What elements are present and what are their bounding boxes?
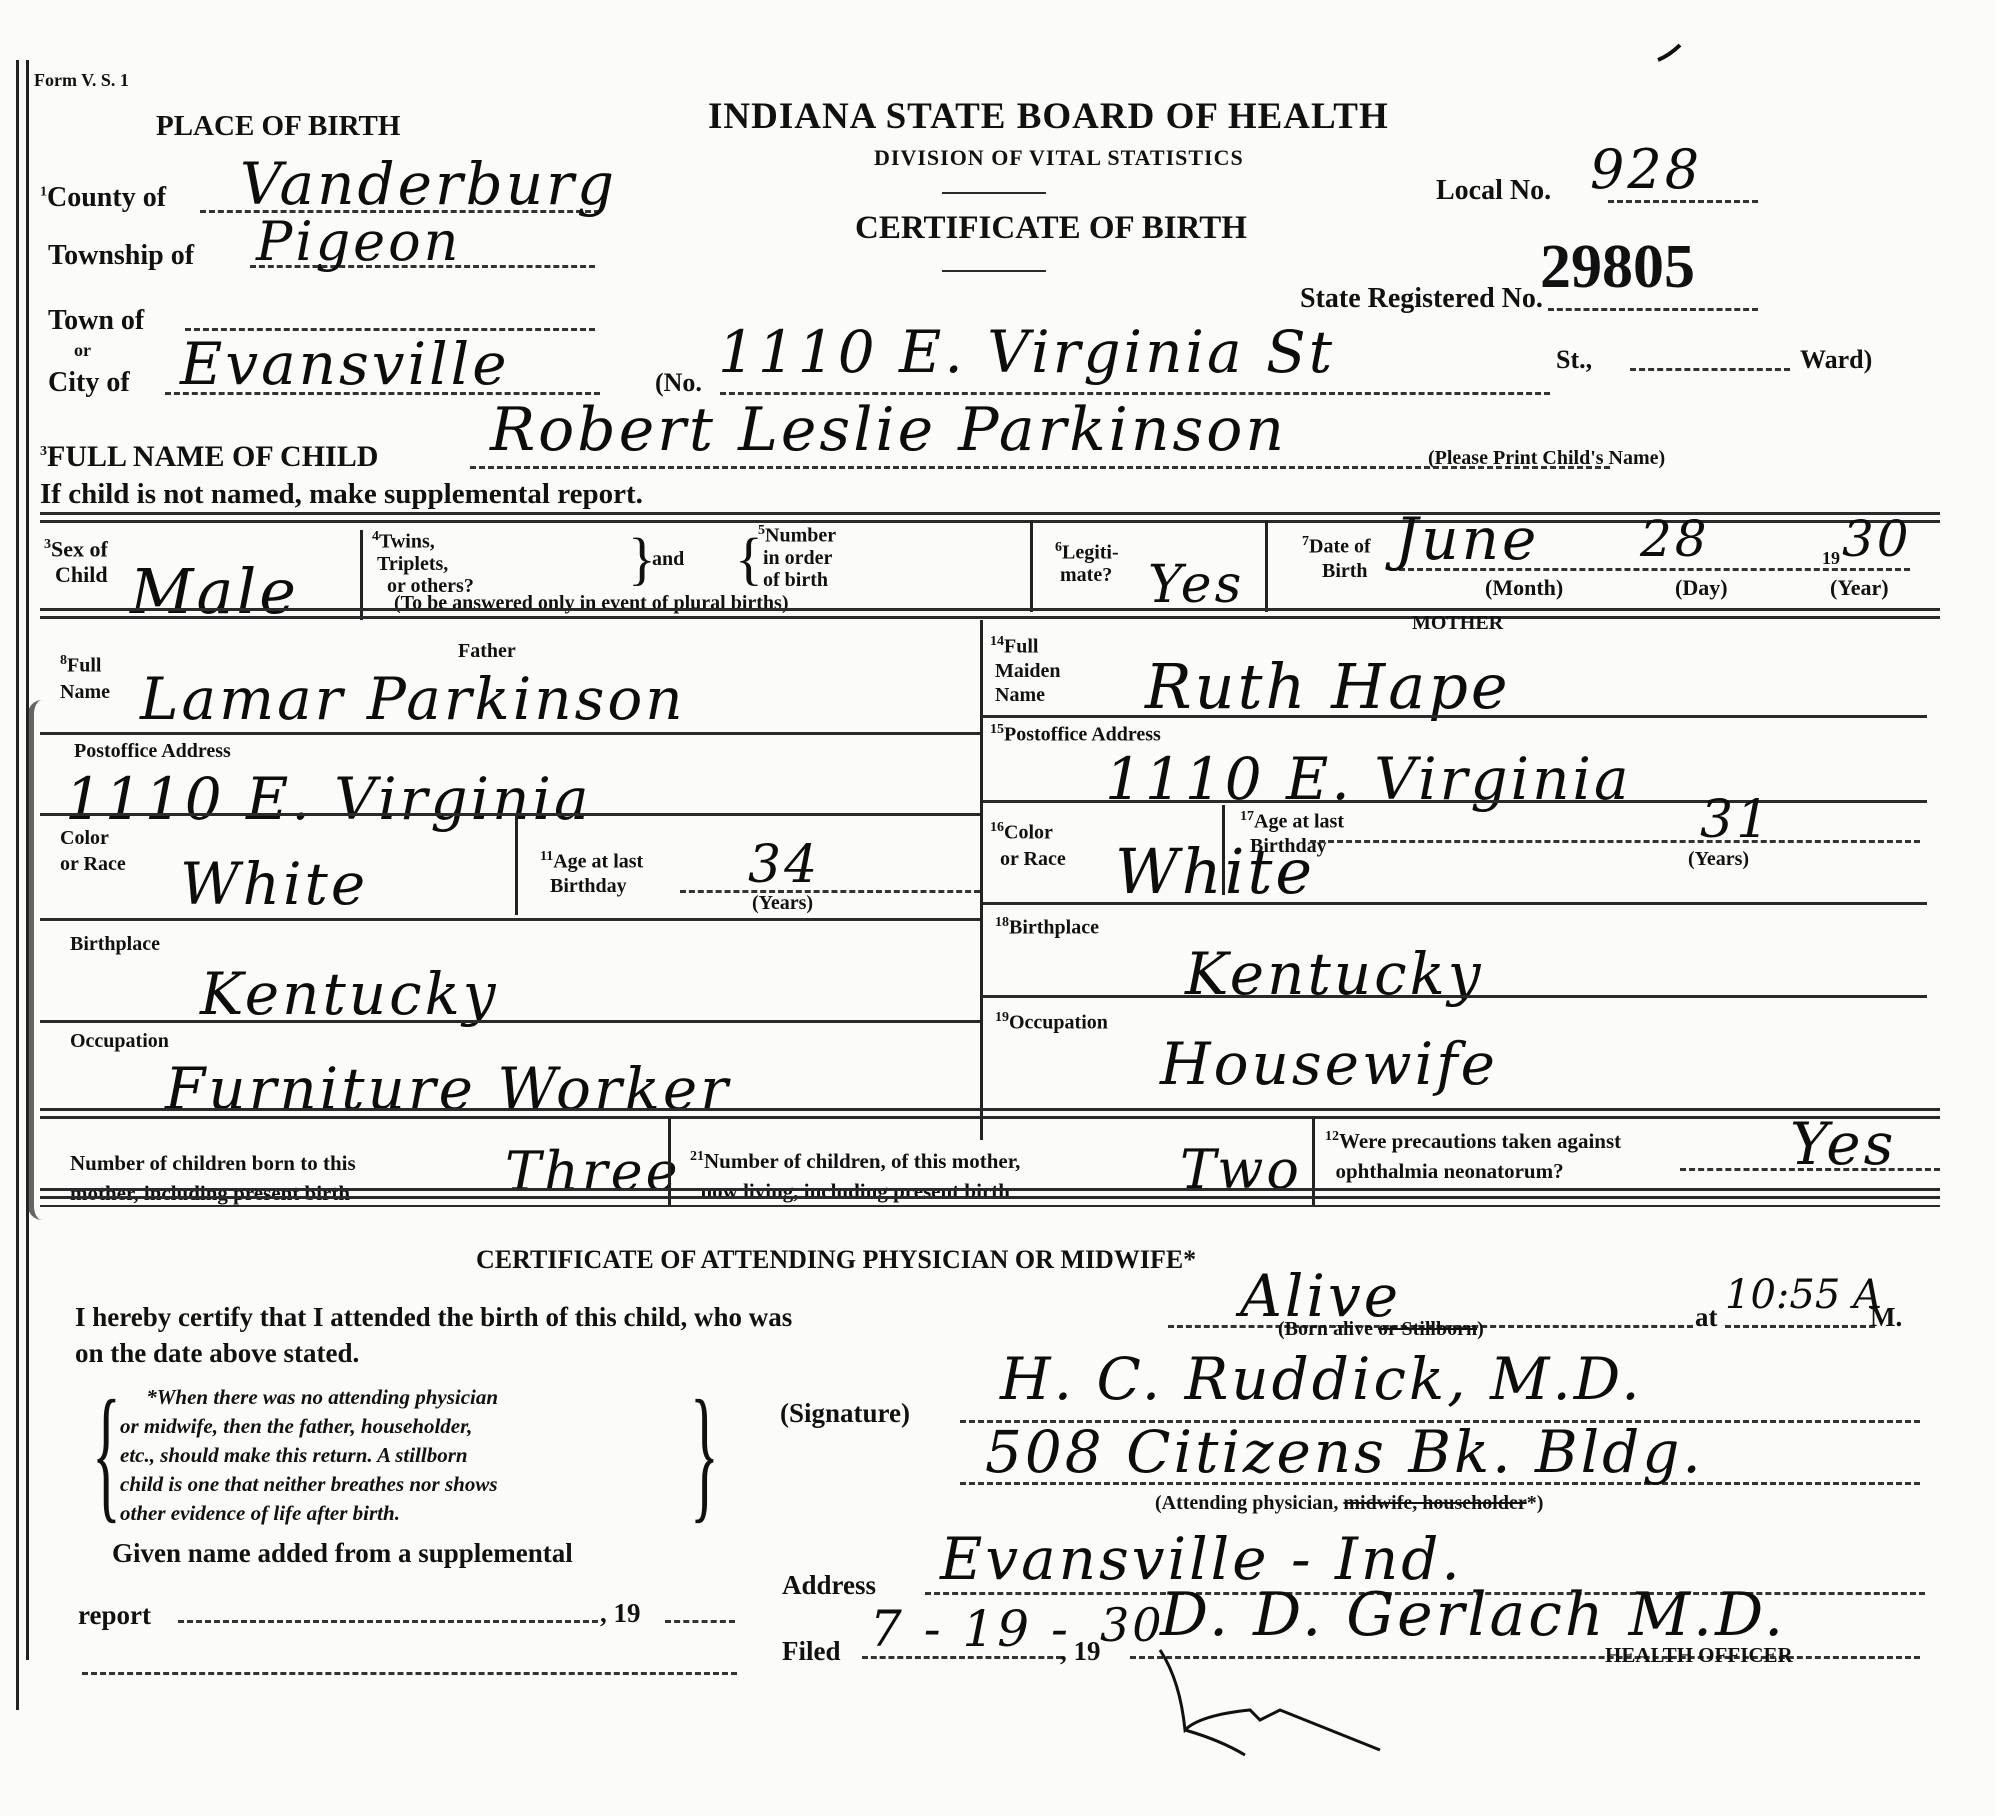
address-label: Address — [782, 1570, 876, 1601]
street-no-label: (No. — [655, 368, 702, 398]
st-label: St., — [1556, 345, 1592, 375]
certify-line-1: I hereby certify that I attended the bir… — [75, 1302, 792, 1333]
row-line — [982, 715, 1927, 718]
dob-month-value: June — [1395, 505, 1539, 573]
brace-icon: { — [92, 1378, 121, 1528]
division-title: DIVISION OF VITAL STATISTICS — [874, 145, 1244, 171]
mother-name-value: Ruth Hape — [1145, 650, 1511, 723]
ophthalmia-label: 12Were precautions taken against ophthal… — [1325, 1122, 1621, 1186]
report-year-prefix: , 19 — [600, 1598, 641, 1629]
mother-age-label: 17Age at last Birthday — [1240, 805, 1344, 858]
row-line — [40, 813, 980, 816]
county-value: Vanderburg — [240, 150, 617, 218]
margin-stamp — [28, 700, 64, 1220]
twins-label: 4Twins, Triplets, or others? — [372, 526, 474, 597]
local-no-value: 928 — [1590, 138, 1702, 201]
mother-years-label: (Years) — [1688, 848, 1749, 871]
dob-label: 7Date of Birth — [1302, 530, 1371, 583]
mother-occupation-label: 19Occupation — [995, 1010, 1108, 1035]
filed-year-prefix: , 19 — [1060, 1636, 1101, 1667]
brace-icon: } — [690, 1378, 719, 1528]
state-reg-line — [1548, 308, 1758, 311]
mother-age-value: 31 — [1700, 790, 1772, 850]
mother-occupation-value: Housewife — [1160, 1030, 1498, 1098]
ophthalmia-value: Yes — [1790, 1110, 1896, 1178]
town-label: Town of — [48, 305, 144, 337]
father-race-label: Coloror Race — [60, 825, 126, 877]
father-years-label: (Years) — [752, 892, 813, 915]
father-section-label: Father — [458, 640, 516, 663]
sex-label: 3Sex of Child — [44, 532, 108, 588]
father-name-value: Lamar Parkinson — [140, 665, 686, 733]
divider — [942, 270, 1046, 272]
report-line — [178, 1620, 598, 1623]
children-born-label: Number of children born to thismother, i… — [70, 1148, 356, 1208]
at-label: at — [1695, 1302, 1718, 1333]
father-address-value: 1110 E. Virginia — [65, 765, 592, 833]
child-name-value: Robert Leslie Parkinson — [490, 395, 1287, 465]
report-label: report — [78, 1600, 151, 1631]
father-age-label: 11Age at last Birthday — [540, 845, 643, 898]
row-line — [40, 918, 980, 921]
father-age-value: 34 — [748, 835, 820, 895]
year-label: (Year) — [1830, 575, 1889, 601]
filed-label: Filed — [782, 1636, 841, 1667]
report-year-line — [665, 1620, 735, 1623]
given-name-label: Given name added from a supplemental — [112, 1538, 573, 1569]
column-divider — [1265, 520, 1268, 612]
father-occupation-label: Occupation — [70, 1030, 169, 1053]
check-mark-icon — [1650, 30, 1690, 70]
row-line — [982, 995, 1927, 998]
divider — [942, 192, 1046, 194]
parents-divider — [980, 620, 983, 1140]
mother-address-label: 15Postoffice Address — [990, 722, 1161, 747]
ward-line — [1630, 368, 1790, 371]
border-line — [16, 60, 19, 1710]
signature-flourish-icon — [1140, 1640, 1440, 1760]
state-reg-label: State Registered No. — [1300, 283, 1543, 315]
father-race-value: White — [180, 850, 368, 918]
health-officer-label: HEALTH OFFICER — [1605, 1643, 1793, 1668]
township-label: Township of — [48, 240, 194, 272]
m-label: M. — [1870, 1302, 1902, 1333]
local-no-label: Local No. — [1436, 175, 1551, 207]
birth-certificate: Form V. S. 1 PLACE OF BIRTH INDIANA STAT… — [0, 0, 1995, 1816]
and-label: and — [652, 548, 684, 571]
time-line — [1725, 1325, 1875, 1328]
column-divider — [360, 530, 363, 620]
month-label: (Month) — [1485, 575, 1563, 601]
physician-signature: H. C. Ruddick, M.D. — [1000, 1345, 1643, 1413]
row-line — [982, 800, 1927, 803]
mother-age-line — [1310, 840, 1920, 843]
supplemental-note: If child is not named, make supplemental… — [40, 478, 643, 511]
dob-day-value: 28 — [1640, 510, 1710, 568]
father-age-line — [680, 890, 980, 893]
signature-label: (Signature) — [780, 1398, 910, 1429]
row-line — [982, 902, 1927, 905]
mother-name-label: 14Full Maiden Name — [990, 630, 1061, 707]
father-birthplace-label: Birthplace — [70, 933, 160, 956]
column-divider — [1222, 805, 1225, 895]
attending-title: CERTIFICATE OF ATTENDING PHYSICIAN OR MI… — [476, 1245, 1196, 1275]
mother-section-label: MOTHER — [1412, 612, 1503, 635]
legitimate-label: 6Legiti- mate? — [1055, 537, 1119, 586]
form-id: Form V. S. 1 — [34, 70, 129, 91]
born-alive-label: (Born alive or Stillborn) — [1278, 1318, 1484, 1341]
city-value: Evansville — [180, 330, 510, 398]
father-address-label: Postoffice Address — [74, 740, 231, 763]
certificate-title: CERTIFICATE OF BIRTH — [855, 210, 1247, 247]
attending-type-label: (Attending physician, midwife, household… — [1155, 1492, 1543, 1515]
street-value: 1110 E. Virginia St — [718, 318, 1335, 386]
column-divider — [515, 815, 518, 915]
father-name-label: 8FullName — [60, 648, 110, 705]
stillborn-note: *When there was no attending physician o… — [120, 1383, 498, 1528]
birth-order-label: 5Number in order of birth — [758, 520, 836, 591]
mother-birthplace-label: 18Birthplace — [995, 915, 1099, 940]
section-divider — [40, 1108, 1940, 1119]
agency-title: INDIANA STATE BOARD OF HEALTH — [708, 95, 1389, 138]
time-value: 10:55 A — [1725, 1272, 1882, 1318]
city-label: City of — [48, 367, 130, 399]
township-value: Pigeon — [256, 210, 461, 273]
legitimate-value: Yes — [1148, 555, 1244, 615]
column-divider — [1030, 520, 1033, 612]
row-line — [40, 1020, 980, 1023]
section-divider — [40, 608, 1940, 619]
ward-label: Ward) — [1800, 345, 1872, 375]
dob-year-prefix: 19 — [1822, 548, 1840, 569]
day-label: (Day) — [1675, 575, 1728, 601]
row-line — [40, 732, 980, 735]
mother-race-label: 16Color or Race — [990, 815, 1066, 872]
county-label: 1County of — [40, 182, 166, 214]
section-divider — [40, 1205, 1940, 1207]
blank-line — [82, 1672, 737, 1675]
dob-year-value: 30 — [1842, 510, 1912, 568]
print-note: (Please Print Child's Name) — [1428, 447, 1665, 470]
filed-date-value: 7 - 19 - — [870, 1600, 1071, 1658]
child-name-label: 3FULL NAME OF CHILD — [40, 440, 378, 474]
certify-line-2: on the date above stated. — [75, 1338, 359, 1369]
father-birthplace-value: Kentucky — [200, 960, 499, 1028]
place-of-birth-heading: PLACE OF BIRTH — [156, 110, 400, 143]
physician-office-address: 508 Citizens Bk. Bldg. — [985, 1418, 1704, 1486]
or-label: or — [74, 340, 91, 361]
state-registered-number: 29805 — [1540, 232, 1695, 303]
section-divider — [40, 1188, 1940, 1199]
